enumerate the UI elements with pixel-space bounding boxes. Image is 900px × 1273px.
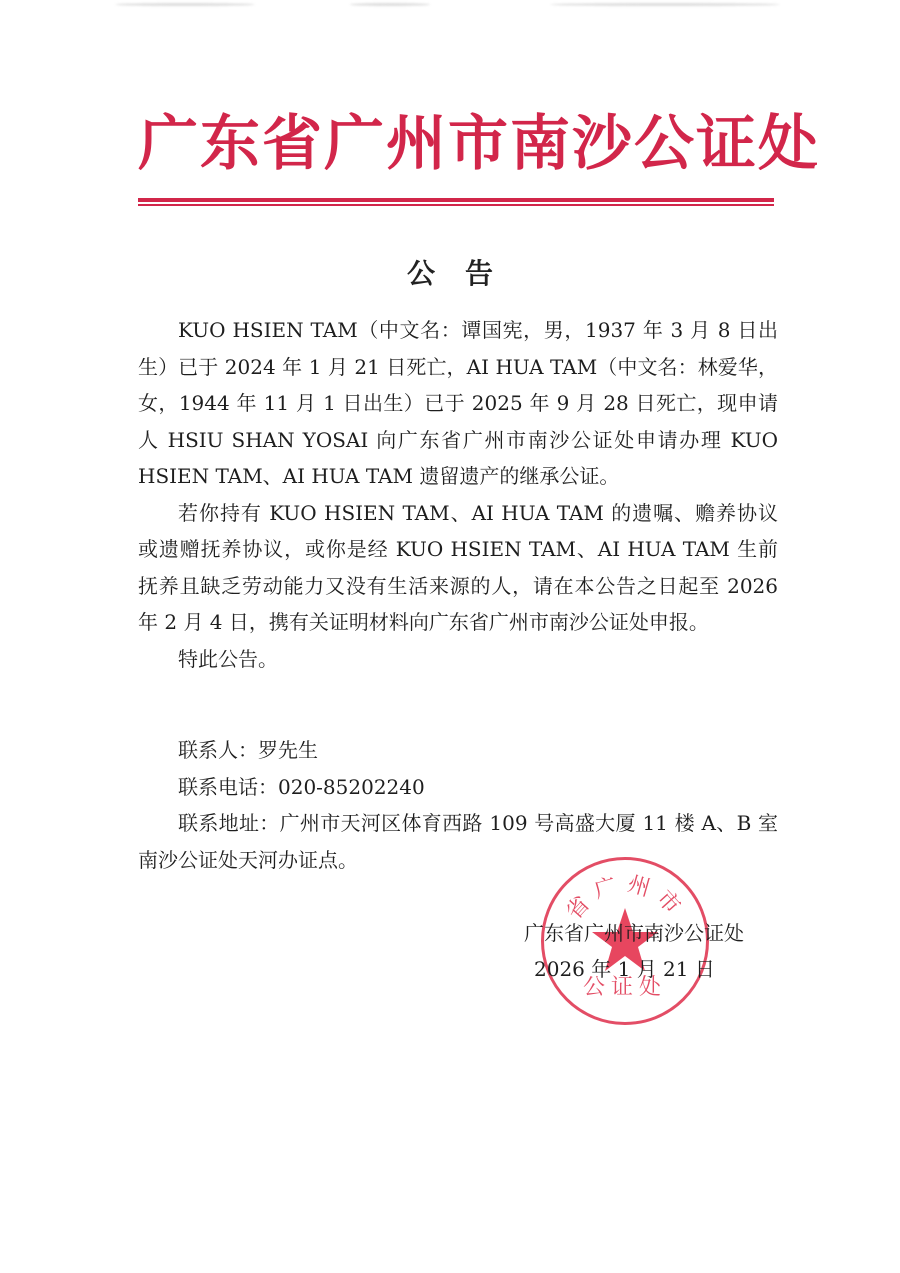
signature-date: 2026 年 1 月 21 日	[524, 951, 784, 987]
contact-block: 联系人：罗先生 联系电话：020-85202240 联系地址：广州市天河区体育西…	[138, 732, 778, 878]
scan-edge-shadow	[550, 3, 780, 6]
scan-edge-shadow	[350, 3, 430, 6]
scan-edge-shadow	[115, 3, 255, 6]
paragraph-deceased-info: KUO HSIEN TAM（中文名：谭国宪，男，1937 年 3 月 8 日出生…	[138, 312, 778, 495]
signature-block: 广东省广州市南沙公证处 2026 年 1 月 21 日	[524, 915, 784, 987]
paragraph-claim-instructions: 若你持有 KUO HSIEN TAM、AI HUA TAM 的遗嘱、赡养协议或遗…	[138, 495, 778, 641]
announcement-body: KUO HSIEN TAM（中文名：谭国宪，男，1937 年 3 月 8 日出生…	[138, 312, 778, 677]
contact-phone: 联系电话：020-85202240	[138, 769, 778, 806]
signature-organization: 广东省广州市南沙公证处	[524, 915, 784, 951]
contact-person: 联系人：罗先生	[138, 732, 778, 769]
letterhead-rule-thin	[138, 204, 774, 206]
document-title: 公告	[0, 254, 900, 294]
paragraph-closing: 特此公告。	[138, 641, 778, 678]
letterhead-rule-thick	[138, 198, 774, 202]
letterhead-title: 广东省广州市南沙公证处	[138, 104, 774, 184]
